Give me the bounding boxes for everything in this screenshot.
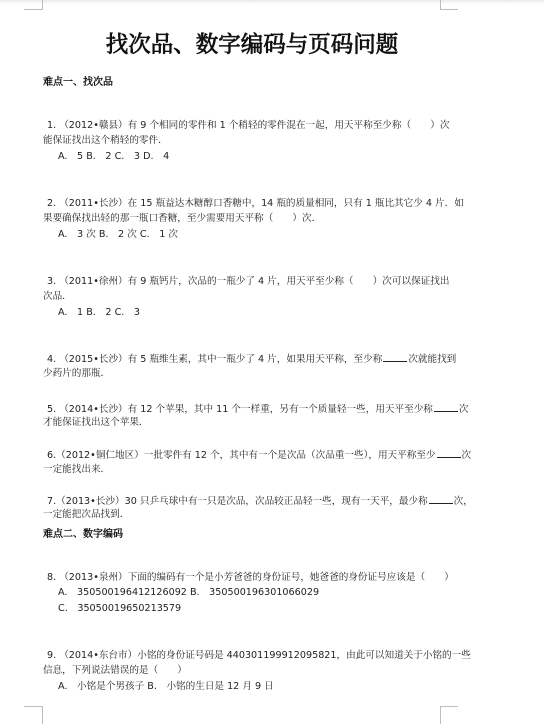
crop-mark-top-left-v (42, 0, 43, 9)
question-text: 5. （2014•长沙）有 12 个苹果，其中 11 个一样重，另有一个质量轻一… (47, 402, 468, 416)
question-text: 少药片的那瓶． (43, 368, 110, 380)
section-heading-number-coding: 难点二、数字编码 (43, 525, 123, 540)
question-text: 1. （2012•赣县）有 9 个相同的零件和 1 个稍轻的零件混在一起，用天平… (47, 120, 449, 132)
question-options: A. 350500196412126092 B. 350500196301066… (58, 587, 319, 599)
question-text-after-blank: 次就能找到 (408, 354, 456, 365)
question-text: 4. （2015•长沙）有 5 瓶维生素，其中一瓶少了 4 片，如果用天平称，至… (47, 352, 456, 366)
question-text: 果要确保找出轻的那一瓶口香糖，至少需要用天平称（ ）次． (43, 213, 321, 225)
question-options: A. 小铭是个男孩子 B. 小铭的生日是 12 月 9 日 (58, 681, 274, 693)
question-options: A. 1 B. 2 C. 3 (58, 307, 140, 319)
question-text-after-blank: 次， (454, 496, 473, 507)
crop-mark-top-right-v (440, 0, 441, 9)
crop-mark-top-right-h (440, 9, 458, 10)
question-text: 次品． (43, 291, 72, 303)
crop-mark-bottom-right-h (440, 706, 458, 707)
page-top-shadow (0, 0, 544, 4)
question-text: 6.（2012•铜仁地区）一批零件有 12 个，其中有一个是次品（次品重一些），… (47, 448, 471, 462)
answer-blank[interactable] (429, 494, 453, 504)
question-text-after-blank: 次 (459, 404, 469, 415)
section-heading-find-defective: 难点一、找次品 (43, 73, 113, 88)
crop-mark-bottom-left-v (42, 706, 43, 724)
answer-blank[interactable] (383, 352, 407, 362)
question-text: 一定能把次品找到． (43, 509, 129, 521)
question-text-after-blank: 次 (462, 450, 472, 461)
question-text-before-blank: 6.（2012•铜仁地区）一批零件有 12 个，其中有一个是次品（次品重一些），… (47, 450, 436, 461)
question-text: 9. （2014•东台市）小铭的身份证号码是 44030119991209582… (47, 650, 471, 662)
crop-mark-bottom-right-v (440, 706, 441, 724)
question-text: 8. （2013•泉州）下面的编码有一个是小芳爸爸的身份证号，她爸爸的身份证号应… (47, 572, 454, 584)
question-text-before-blank: 7.（2013•长沙）30 只乒乓球中有一只是次品，次品较正品轻一些，现有一天平… (47, 496, 428, 507)
answer-blank[interactable] (434, 402, 458, 412)
question-options: A. 3 次 B. 2 次 C. 1 次 (58, 229, 178, 241)
document-title: 找次品、数字编码与页码问题 (0, 27, 504, 59)
question-text: 信息，下列说法错误的是（ ） (43, 665, 187, 677)
crop-mark-bottom-left-h (24, 706, 43, 707)
question-text: 7.（2013•长沙）30 只乒乓球中有一只是次品，次品较正品轻一些，现有一天平… (47, 494, 473, 508)
crop-mark-top-left-h (24, 9, 43, 10)
question-text: 一定能找出来． (43, 464, 110, 476)
answer-blank[interactable] (437, 448, 461, 458)
question-text-before-blank: 5. （2014•长沙）有 12 个苹果，其中 11 个一样重，另有一个质量轻一… (47, 404, 433, 415)
question-text: 才能保证找出这个苹果． (43, 417, 149, 429)
question-text: 能保证找出这个稍轻的零件． (43, 135, 168, 147)
question-text-before-blank: 4. （2015•长沙）有 5 瓶维生素，其中一瓶少了 4 片，如果用天平称，至… (47, 354, 382, 365)
question-text: 2. （2011•长沙）在 15 瓶益达木糖醇口香糖中，14 瓶的质量相同，只有… (47, 198, 464, 210)
question-options: C. 350500196502135​79 (58, 603, 181, 615)
question-text: 3. （2011•徐州）有 9 瓶钙片，次品的一瓶少了 4 片，用天平至少称（ … (47, 276, 449, 288)
question-options: A. 5 B. 2 C. 3 D. 4 (58, 151, 169, 163)
